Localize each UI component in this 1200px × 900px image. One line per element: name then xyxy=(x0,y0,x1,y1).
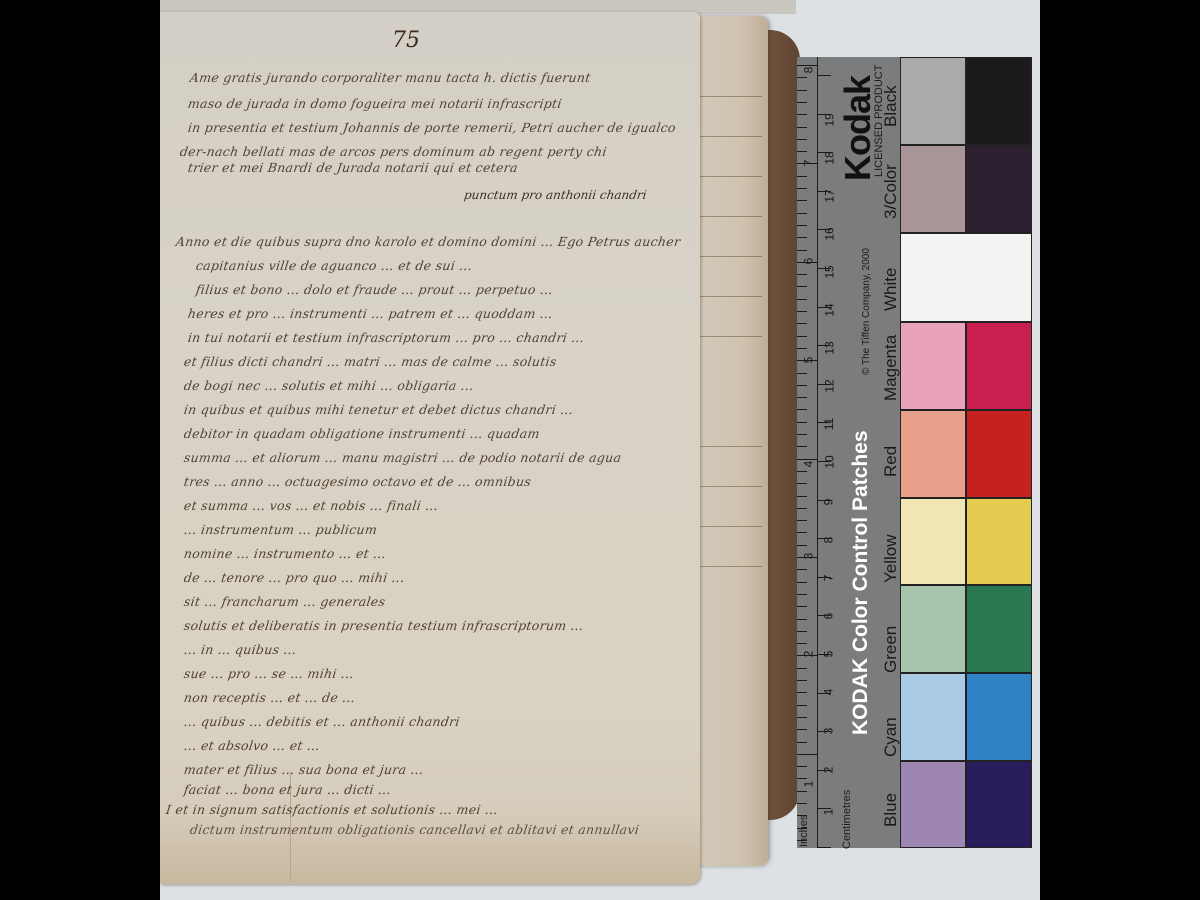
text-line: Ame gratis jurando corporaliter manu tac… xyxy=(189,70,592,85)
inch-tick xyxy=(797,545,807,546)
inch-tick xyxy=(797,717,807,718)
text-line: de bogi nec ... solutis et mihi ... obli… xyxy=(183,378,475,393)
inch-tick xyxy=(797,643,807,644)
inch-tick xyxy=(797,299,807,300)
inch-mark: 3 xyxy=(801,553,815,560)
copyright: © The Tiffen Company, 2000 xyxy=(861,248,872,375)
inch-tick xyxy=(797,409,807,410)
inch-tick xyxy=(797,803,807,804)
cm-tick xyxy=(817,152,831,153)
manuscript-page: 75 Ame gratis jurando corporaliter manu … xyxy=(160,12,700,884)
inch-tick xyxy=(797,508,807,509)
patch-label-yellow: Yellow xyxy=(881,534,901,583)
cm-tick xyxy=(817,422,831,423)
swatch-red-light xyxy=(900,410,966,498)
patch-label-blue: Blue xyxy=(881,793,901,827)
cm-tick xyxy=(817,345,831,346)
inch-tick xyxy=(797,102,807,103)
cm-tick xyxy=(817,461,831,462)
swatch-cyan-light xyxy=(900,673,966,761)
text-line: ... in ... quibus ... xyxy=(183,642,298,657)
text-line: maso de jurada in domo fogueira mei nota… xyxy=(187,96,563,111)
text-line: et filius dicti chandri ... matri ... ma… xyxy=(183,354,558,369)
inch-tick xyxy=(797,434,807,435)
swatch-cyan-dark xyxy=(966,673,1032,761)
inch-tick xyxy=(797,311,807,312)
cm-tick xyxy=(817,538,831,539)
inch-tick xyxy=(797,742,807,743)
inch-mark: 4 xyxy=(801,461,815,468)
swatch-green-light xyxy=(900,585,966,673)
manuscript-photograph: 75 Ame gratis jurando corporaliter manu … xyxy=(160,0,1040,900)
cm-tick xyxy=(817,847,831,848)
swatch-yellow-light xyxy=(900,498,966,585)
inch-tick xyxy=(797,397,807,398)
inches-label: Inches xyxy=(798,815,810,847)
inch-tick xyxy=(797,237,807,238)
cm-tick xyxy=(817,384,831,385)
cm-mark: 10 xyxy=(823,455,837,468)
cm-mark: 19 xyxy=(823,113,837,126)
text-line: debitor in quadam obligatione instrument… xyxy=(183,426,541,441)
inch-tick xyxy=(797,77,807,78)
text-line: heres et pro ... instrumenti ... patrem … xyxy=(187,306,554,321)
inch-tick xyxy=(797,729,807,730)
inch-tick xyxy=(797,336,807,337)
centimetres-label: Centimetres xyxy=(841,790,853,849)
patch-label-3color: 3/Color xyxy=(881,164,901,219)
text-line: filius et bono ... dolo et fraude ... pr… xyxy=(195,282,554,297)
text-line: in tui notarii et testium infrascriptoru… xyxy=(187,330,585,345)
cm-tick xyxy=(817,654,831,655)
inch-tick xyxy=(797,619,807,620)
text-line: sit ... francharum ... generales xyxy=(183,594,386,609)
cm-mark: 7 xyxy=(821,575,835,582)
inch-tick xyxy=(797,791,807,792)
inch-tick xyxy=(797,705,807,706)
inch-tick xyxy=(797,520,807,521)
inch-tick xyxy=(797,139,807,140)
cm-tick xyxy=(817,307,831,308)
inch-tick xyxy=(797,213,807,214)
cm-tick xyxy=(817,577,831,578)
patch-label-green: Green xyxy=(881,626,901,673)
text-line: ... quibus ... debitis et ... anthonii c… xyxy=(183,714,461,729)
text-line: faciat ... bona et jura ... dicti ... xyxy=(183,782,392,797)
cm-tick xyxy=(817,229,831,230)
text-line: non receptis ... et ... de ... xyxy=(183,690,356,705)
cm-tick xyxy=(817,114,831,115)
inch-tick xyxy=(797,422,807,423)
text-line: ... instrumentum ... publicum xyxy=(183,522,378,537)
text-line: dictum instrumentum obligationis cancell… xyxy=(189,822,640,837)
inch-tick xyxy=(797,348,807,349)
folio-number: 75 xyxy=(392,28,420,53)
inch-tick xyxy=(797,582,807,583)
cm-tick xyxy=(817,808,831,809)
text-line: der-nach bellati mas de arcos pers domin… xyxy=(179,144,608,159)
inch-tick xyxy=(797,360,817,361)
cm-tick xyxy=(817,500,831,501)
inch-tick xyxy=(797,274,807,275)
inch-tick xyxy=(797,631,807,632)
cm-tick xyxy=(817,75,831,76)
inch-tick xyxy=(797,373,807,374)
inch-tick xyxy=(797,200,807,201)
inch-tick xyxy=(797,459,817,460)
inch-tick xyxy=(797,532,807,533)
swatch-3color-light xyxy=(900,145,966,233)
ruler: 1 2 3 4 5 6 7 8 1 2 3 4 5 6 7 8 9 10 11 … xyxy=(797,57,900,848)
text-line: I et in signum satisfactionis et solutio… xyxy=(165,802,499,817)
inch-tick xyxy=(797,668,807,669)
inch-tick xyxy=(797,163,817,164)
margin-rule xyxy=(290,772,291,882)
inch-tick xyxy=(797,250,807,251)
text-line: et summa ... vos ... et nobis ... finali… xyxy=(183,498,439,513)
cm-mark: 11 xyxy=(822,418,836,430)
swatch-red-dark xyxy=(966,410,1032,498)
section-heading: punctum pro anthonii chandri xyxy=(463,188,647,202)
cm-mark: 12 xyxy=(823,379,837,392)
cm-mark: 18 xyxy=(823,151,837,164)
inch-tick xyxy=(797,655,817,656)
inch-tick xyxy=(797,225,807,226)
swatch-3color-dark xyxy=(966,145,1032,233)
text-line: in quibus et quibus mihi tenetur et debe… xyxy=(183,402,574,417)
inch-tick xyxy=(797,815,807,816)
inch-tick xyxy=(797,188,807,189)
cm-tick xyxy=(817,731,831,732)
cm-tick xyxy=(817,191,831,192)
inch-tick xyxy=(797,754,817,755)
text-line: ... et absolvo ... et ... xyxy=(183,738,321,753)
text-line: capitanius ville de aguanco ... et de su… xyxy=(195,258,473,273)
text-line: mater et filius ... sua bona et jura ... xyxy=(183,762,425,777)
inch-mark: 8 xyxy=(801,67,815,74)
inch-tick xyxy=(797,606,807,607)
inch-tick xyxy=(797,90,807,91)
inch-tick xyxy=(797,446,807,447)
swatch-black-light xyxy=(900,57,966,145)
inch-tick xyxy=(797,594,807,595)
swatch-yellow-dark xyxy=(966,498,1032,585)
inch-tick xyxy=(797,127,807,128)
cm-tick xyxy=(817,770,831,771)
inch-tick xyxy=(797,557,817,558)
inch-tick xyxy=(797,176,807,177)
inch-tick xyxy=(797,840,807,841)
patch-label-magenta: Magenta xyxy=(881,335,901,401)
patch-label-red: Red xyxy=(881,446,901,477)
cm-mark: 14 xyxy=(823,303,837,316)
swatch-magenta-light xyxy=(900,322,966,410)
text-line: Anno et die quibus supra dno karolo et d… xyxy=(175,234,681,249)
inch-tick xyxy=(797,65,817,66)
text-line: solutis et deliberatis in presentia test… xyxy=(183,618,585,633)
swatch-black-dark xyxy=(966,57,1032,145)
patch-label-cyan: Cyan xyxy=(881,717,901,757)
inch-tick xyxy=(797,323,807,324)
text-line: trier et mei Bnardi de Jurada notarii qu… xyxy=(187,160,519,175)
inch-tick xyxy=(797,471,807,472)
cm-mark: 1 xyxy=(821,809,835,816)
inch-tick xyxy=(797,151,807,152)
inch-tick xyxy=(797,483,807,484)
cm-mark: 13 xyxy=(823,341,837,354)
inch-tick xyxy=(797,496,807,497)
inch-tick xyxy=(797,680,807,681)
swatch-blue-light xyxy=(900,761,966,848)
target-title: KODAK Color Control Patches xyxy=(849,430,873,735)
text-line: sue ... pro ... se ... mihi ... xyxy=(183,666,355,681)
patch-label-black: Black xyxy=(881,85,901,127)
inch-mark: 1 xyxy=(801,781,815,788)
swatch-blue-dark xyxy=(966,761,1032,848)
inch-tick xyxy=(797,385,807,386)
swatch-green-dark xyxy=(966,585,1032,673)
inch-tick xyxy=(797,692,807,693)
text-line: tres ... anno ... octuagesimo octavo et … xyxy=(183,474,532,489)
kodak-color-control-patches: 1 2 3 4 5 6 7 8 1 2 3 4 5 6 7 8 9 10 11 … xyxy=(797,57,1033,848)
text-line: nomine ... instrumento ... et ... xyxy=(183,546,387,561)
text-line: in presentia et testium Johannis de port… xyxy=(187,120,677,135)
patch-label-white: White xyxy=(881,268,901,311)
inch-tick xyxy=(797,569,807,570)
cm-tick xyxy=(817,615,831,616)
swatch-magenta-dark xyxy=(966,322,1032,410)
cm-tick xyxy=(817,268,831,269)
inch-tick xyxy=(797,766,807,767)
text-line: summa ... et aliorum ... manu magistri .… xyxy=(183,450,622,465)
inch-tick xyxy=(797,778,807,779)
inch-tick xyxy=(797,828,807,829)
inch-tick xyxy=(797,262,817,263)
swatch-white xyxy=(900,233,1032,322)
inch-tick xyxy=(797,286,807,287)
inch-tick xyxy=(797,114,807,115)
cm-tick xyxy=(817,693,831,694)
text-line: de ... tenore ... pro quo ... mihi ... xyxy=(183,570,406,585)
